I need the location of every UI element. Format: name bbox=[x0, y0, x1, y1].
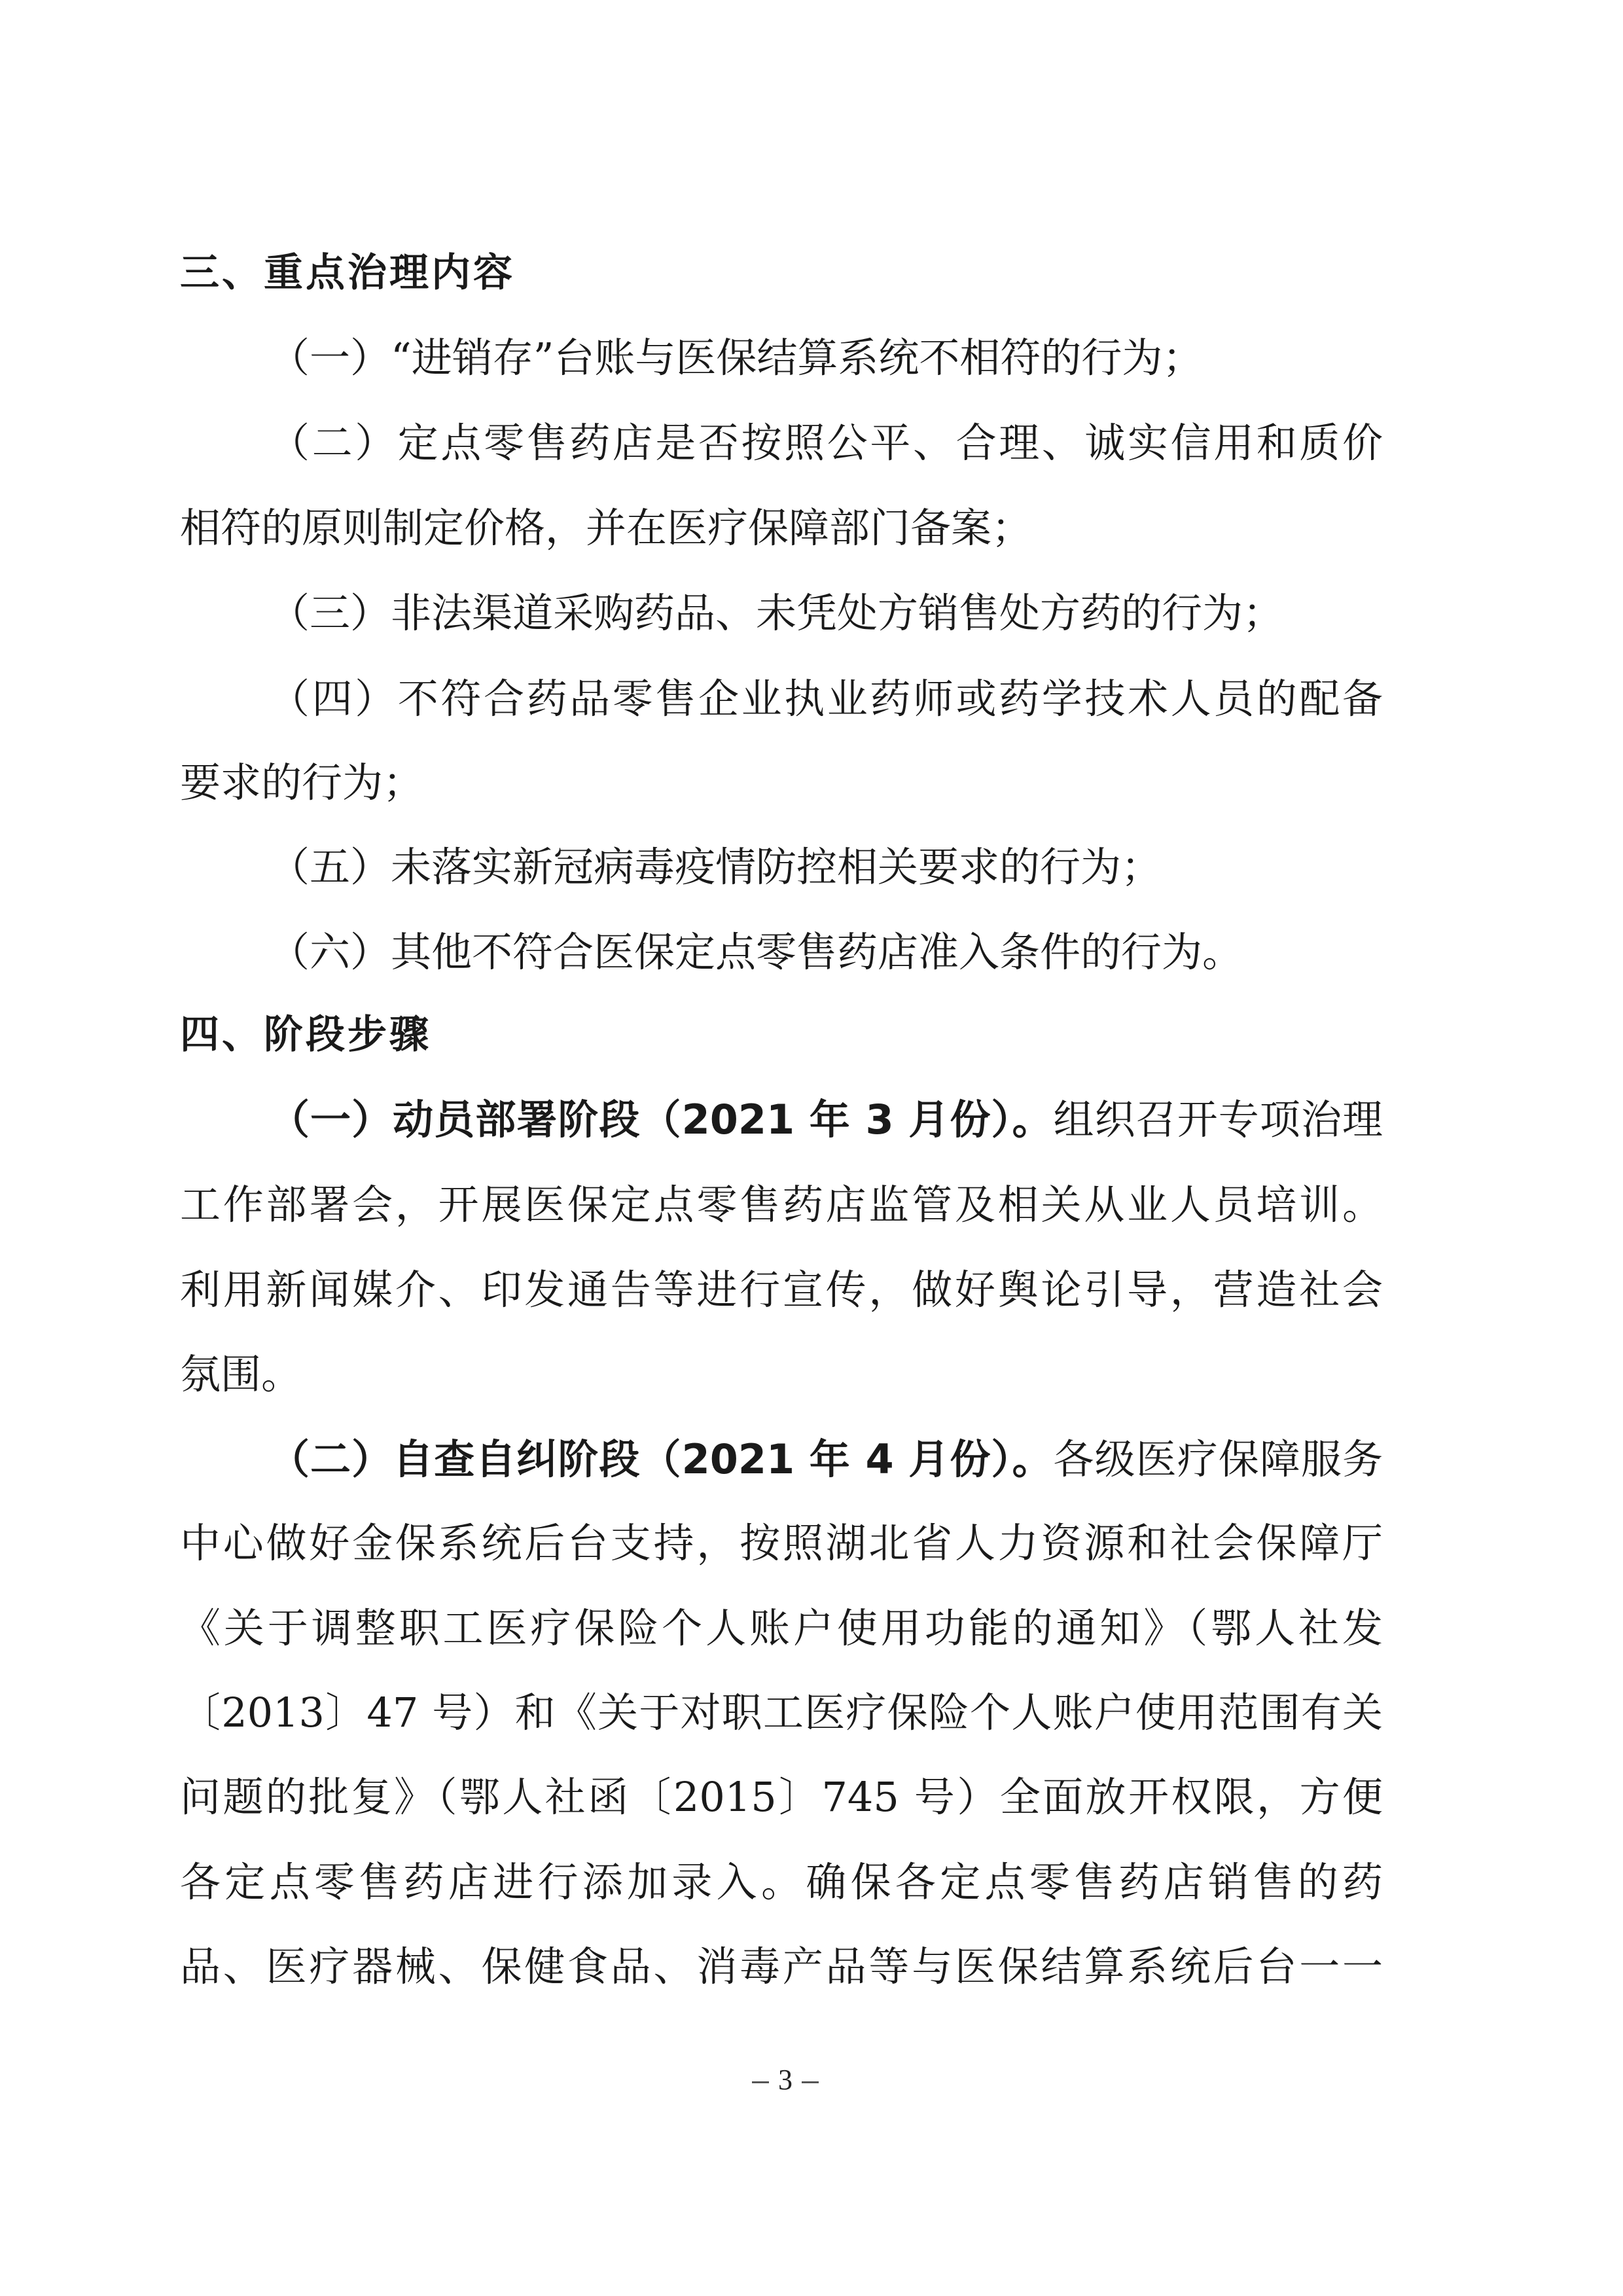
section-heading-key-governance: 三、重点治理内容 bbox=[180, 247, 1383, 299]
list-item-pricing-line-2: 相符的原则制定价格，并在医疗保障部门备案； bbox=[180, 502, 1383, 554]
list-item-pharmacist-line-1: （四）不符合药品零售企业执业药师或药学技术人员的配备 bbox=[269, 673, 1383, 725]
stage-mobilization-title: （一）动员部署阶段（2021 年 3 月份）。 bbox=[269, 1096, 1054, 1143]
stage-self-inspection-line-2: 中心做好金保系统后台支持，按照湖北省人力资源和社会保障厅 bbox=[180, 1517, 1383, 1570]
page-number-value: 3 bbox=[778, 2064, 793, 2096]
stage-self-inspection-line-5: 问题的批复》（鄂人社函〔2015〕745 号）全面放开权限，方便 bbox=[180, 1771, 1383, 1823]
list-item-pricing-line-1: （二）定点零售药店是否按照公平、合理、诚实信用和质价 bbox=[269, 417, 1383, 469]
page-number-dash-left bbox=[752, 2081, 769, 2083]
stage-self-inspection-line-4: 〔2013〕47 号）和《关于对职工医疗保险个人账户使用范围有关 bbox=[180, 1687, 1383, 1739]
stage-mobilization-line-3: 利用新闻媒介、印发通告等进行宣传，做好舆论引导，营造社会 bbox=[180, 1264, 1383, 1316]
stage-self-inspection-line-3: 《关于调整职工医疗保险个人账户使用功能的通知》（鄂人社发 bbox=[180, 1602, 1383, 1655]
list-item-epidemic-control: （五）未落实新冠病毒疫情防控相关要求的行为； bbox=[269, 841, 1383, 893]
page-number: 3 bbox=[713, 2060, 857, 2100]
stage-mobilization-text: 组织召开专项治理 bbox=[1054, 1096, 1383, 1143]
list-item-inventory-ledger: （一）“进销存”台账与医保结算系统不相符的行为； bbox=[269, 332, 1383, 384]
stage-self-inspection-line-6: 各定点零售药店进行添加录入。确保各定点零售药店销售的药 bbox=[180, 1856, 1383, 1909]
list-item-illegal-purchase: （三）非法渠道采购药品、未凭处方销售处方药的行为； bbox=[269, 587, 1383, 639]
stage-mobilization-line-4: 氛围。 bbox=[180, 1348, 1383, 1401]
page-number-dash-right bbox=[802, 2081, 819, 2083]
document-page: 三、重点治理内容 （一）“进销存”台账与医保结算系统不相符的行为； （二）定点零… bbox=[0, 0, 1623, 2296]
stage-mobilization-line-1: （一）动员部署阶段（2021 年 3 月份）。组织召开专项治理 bbox=[269, 1094, 1383, 1146]
list-item-pharmacist-line-2: 要求的行为； bbox=[180, 757, 1383, 809]
stage-self-inspection-line-1: （二）自查自纠阶段（2021 年 4 月份）。各级医疗保障服务 bbox=[269, 1433, 1383, 1486]
stage-mobilization-line-2: 工作部署会，开展医保定点零售药店监管及相关从业人员培训。 bbox=[180, 1179, 1383, 1231]
stage-self-inspection-text: 各级医疗保障服务 bbox=[1054, 1435, 1383, 1483]
section-heading-stage-steps: 四、阶段步骤 bbox=[180, 1009, 1383, 1061]
stage-self-inspection-line-7: 品、医疗器械、保健食品、消毒产品等与医保结算系统后台一一 bbox=[180, 1941, 1383, 1993]
list-item-other-violations: （六）其他不符合医保定点零售药店准入条件的行为。 bbox=[269, 926, 1383, 978]
stage-self-inspection-title: （二）自查自纠阶段（2021 年 4 月份）。 bbox=[269, 1435, 1054, 1483]
